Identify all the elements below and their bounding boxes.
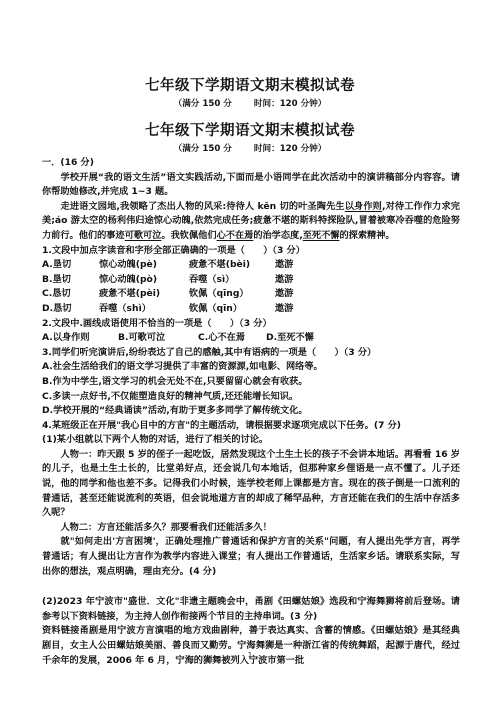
underlined-idiom-3: 心不在焉	[217, 230, 254, 241]
underlined-idiom-1: 以身作则	[345, 201, 382, 212]
question-3-option-c: C.多读一点好书,不仅能塑造良好的精神气质,还还能增长知识。	[42, 390, 460, 405]
exam-info: （满分 150 分时间：120 分钟）	[0, 97, 500, 109]
question-3-stem: 3.同学们听完演讲后,纷纷表达了自己的感触,其中有语病的一项是（ ）（3 分）	[42, 346, 460, 361]
question-2-option-c: C.心不在焉	[198, 331, 266, 346]
exam-page: 七年级下学期语文期末模拟试卷 （满分 150 分时间：120 分钟） 七年级下学…	[0, 0, 500, 707]
page-title: 七年级下学期语文期末模拟试卷	[0, 74, 500, 95]
question-1-option-b: B.垦切 惊心动魄(pò) 吞噬（sì） 遨游	[42, 273, 460, 288]
question-3-option-a: A.社会生活给我们的语文学习提供了丰富的资源源,如电影、网络等。	[42, 360, 460, 375]
answer-space	[42, 579, 460, 595]
question-3-option-b: B.作为中学生,语文学习的机会无处不在,只要留留心就会有收获。	[42, 375, 460, 390]
question-4-part-1-task: 就"如何走出'方言困境'，正确处理推广普通话和保护方言的关系"问题，有人提出先学…	[42, 535, 460, 579]
page-number: 1	[0, 651, 500, 659]
full-score: （满分 150 分	[174, 144, 232, 154]
section-heading: 一．(16 分)	[42, 156, 460, 171]
full-score: （满分 150 分	[174, 99, 232, 109]
page-title-repeat: 七年级下学期语文期末模拟试卷	[0, 119, 500, 140]
question-2-options: A.以身作则 B.可歌可泣 C.心不在焉 D.至死不懈	[42, 331, 460, 346]
exam-time: 时间：120 分钟）	[254, 144, 327, 154]
dialogue-person-1: 人物一：昨天跟 5 岁的侄子一起吃饭，居然发现这个土生土长的孩子不会讲本地话。再…	[42, 448, 460, 521]
question-2-option-a: A.以身作则	[42, 331, 118, 346]
dialogue-person-2: 人物二：方言还能活多久？那要看我们还能活多久！	[42, 521, 460, 536]
question-2-option-b: B.可歌可泣	[118, 331, 198, 346]
exam-info-repeat: （满分 150 分时间：120 分钟）	[0, 142, 500, 154]
question-1-option-c: C.恳切 疲惫不堪(pèi) 钦佩（qīng） 遨游	[42, 287, 460, 302]
question-4-part-2-stem: (2)2023 年宁波市"盛世．文化"非遗主题晚会中，甬剧《田螺姑娘》选段和宁海…	[42, 595, 460, 624]
question-1-option-d: D.恳切 吞噬（shì） 钦佩（qīn） 遨游	[42, 302, 460, 317]
question-2-option-d: D.至死不懈	[266, 331, 314, 346]
question-4-stem: 4.某班级正在开展"我心目中的方言"的主题活动，请根据要求逐项完成以下任务。(7…	[42, 419, 460, 434]
question-1-option-a: A.垦切 惊心动魄(pè) 疲惫不堪(bèi) 遨游	[42, 258, 460, 273]
question-1-stem: 1.文段中加点字读音和字形全部正确确的一项是（ ）（3 分）	[42, 244, 460, 259]
exam-time: 时间：120 分钟）	[254, 99, 327, 109]
question-3-option-d: D.学校开展的“经典诵读”活动,有助于更多多同学了解传统文化。	[42, 404, 460, 419]
question-4-part-2-material: 资料链接甬剧是用宁波方言演唱的地方戏曲剧种，善于表达真实、含蓄的情感。《田螺姑娘…	[42, 624, 460, 668]
underlined-idiom-4: 至死不懈	[303, 230, 340, 241]
underlined-idiom-2: 可歌可泣	[125, 230, 162, 241]
section-intro: 学校开展“我的语文生活”语文实践活动,下面而是小语同学在此次活动中的演讲稿部分内…	[42, 171, 460, 200]
question-2-stem: 2.文段中.画线成语使用不恰当的一项是（ ）（3 分）	[42, 317, 460, 332]
speech-passage: 走进语文园地,我领略了杰出人物的风采:待待人 kěn 切的叶圣陶先生以身作则,对…	[42, 200, 460, 244]
exam-body: 一．(16 分) 学校开展“我的语文生活”语文实践活动,下面而是小语同学在此次活…	[42, 156, 460, 668]
question-4-part-1-stem: (1)某小组就以下两个人物的对话，进行了相关的讨论。	[42, 433, 460, 448]
